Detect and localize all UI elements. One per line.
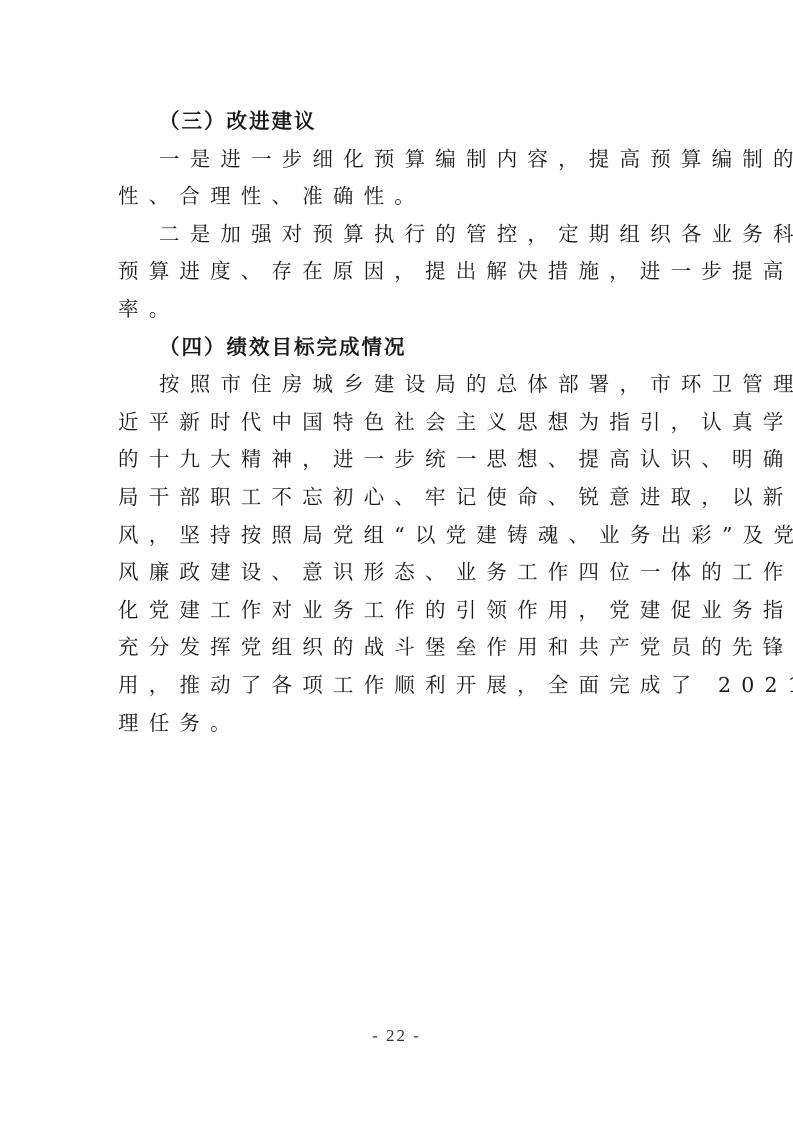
paragraph-line: 用，推动了各项工作顺利开展，全面完成了 2021 年绩效管 — [118, 667, 682, 705]
paragraph-budget-execution-control: 二是加强对预算执行的管控，定期组织各业务科室分析 预算进度、存在原因，提出解决措… — [118, 216, 682, 329]
paragraph-line: 率。 — [118, 291, 682, 329]
paragraph-line: 化党建工作对业务工作的引领作用，党建促业务指导思想， — [118, 592, 682, 630]
paragraph-line: 性、合理性、准确性。 — [118, 178, 682, 216]
page-number: - 22 - — [0, 1026, 793, 1046]
paragraph-line: 二是加强对预算执行的管控，定期组织各业务科室分析 — [118, 216, 682, 254]
paragraph-line: 理任务。 — [118, 705, 682, 743]
document-page: （三）改进建议 一是进一步细化预算编制内容，提高预算编制的科学 性、合理性、准确… — [118, 103, 682, 742]
paragraph-performance-summary: 按照市住房城乡建设局的总体部署，市环卫管理局以习 近平新时代中国特色社会主义思想… — [118, 366, 682, 742]
paragraph-line: 预算进度、存在原因，提出解决措施，进一步提高预算执行 — [118, 253, 682, 291]
paragraph-line: 风廉政建设、意识形态、业务工作四位一体的工作思路，强 — [118, 554, 682, 592]
paragraph-line: 近平新时代中国特色社会主义思想为指引，认真学习贯彻党 — [118, 404, 682, 442]
paragraph-line: 充分发挥党组织的战斗堡垒作用和共产党员的先锋模范作 — [118, 629, 682, 667]
paragraph-line: 局干部职工不忘初心、牢记使命、锐意进取，以新气象新作 — [118, 479, 682, 517]
paragraph-refine-budget: 一是进一步细化预算编制内容，提高预算编制的科学 性、合理性、准确性。 — [118, 141, 682, 216]
section-heading-performance-goals: （四）绩效目标完成情况 — [118, 329, 682, 367]
paragraph-line: 按照市住房城乡建设局的总体部署，市环卫管理局以习 — [118, 366, 682, 404]
paragraph-line: 的十九大精神，进一步统一思想、提高认识、明确任务，全 — [118, 441, 682, 479]
section-heading-improvement-suggestions: （三）改进建议 — [118, 103, 682, 141]
paragraph-line: 一是进一步细化预算编制内容，提高预算编制的科学 — [118, 141, 682, 179]
paragraph-line: 风，坚持按照局党组“以党建铸魂、业务出彩”及党建、党 — [118, 517, 682, 555]
